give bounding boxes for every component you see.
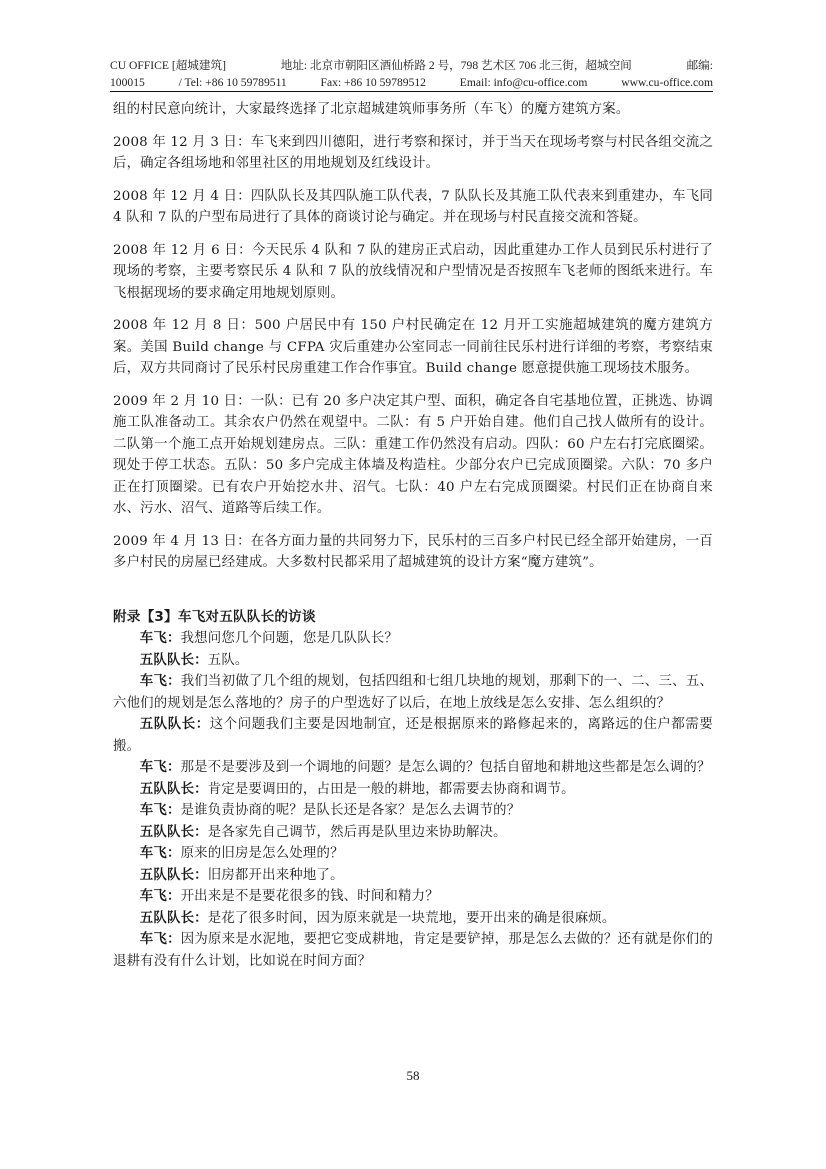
speaker: 五队队长： [140, 868, 208, 883]
dialogue-line: 车飞：是谁负责协商的呢？是队长还是各家？是怎么去调节的？ [113, 800, 713, 822]
dialogue-line: 车飞：原来的旧房是怎么处理的？ [113, 843, 713, 865]
dialogue-line: 车飞：我们当初做了几个组的规划，包括四组和七组几块地的规划，那剩下的一、二、三、… [113, 671, 713, 714]
dialogue-line: 车飞：那是不是要涉及到一个调地的问题？是怎么调的？包括自留地和耕地这些都是怎么调… [113, 757, 713, 779]
speaker: 五队队长： [140, 717, 210, 732]
appendix-heading: 附录【3】车飞对五队队长的访谈 [113, 607, 713, 629]
speaker: 五队队长： [140, 782, 208, 797]
paragraph: 2008 年 12 月 3 日：车飞来到四川德阳，进行考察和探讨，并于当天在现场… [113, 132, 713, 175]
letterhead: CU OFFICE [超城建筑] 地址: 北京市朝阳区酒仙桥路 2 号，798 … [110, 57, 713, 91]
paragraph: 2008 年 12 月 6 日：今天民乐 4 队和 7 队的建房正式启动，因此重… [113, 240, 713, 305]
letterhead-line-2: 100015 / Tel: +86 10 59789511 Fax: +86 1… [110, 74, 713, 91]
paragraph: 2009 年 4 月 13 日：在各方面力量的共同努力下，民乐村的三百多户村民已… [113, 531, 713, 574]
dialogue-line: 五队队长：是花了很多时间，因为原来就是一块荒地，要开出来的确是很麻烦。 [113, 908, 713, 930]
postcode-label: 邮编: [687, 57, 713, 74]
utterance: 因为原来是水泥地，要把它变成耕地，肯定是要铲掉，那是怎么去做的？还有就是你们的退… [113, 932, 713, 969]
speaker: 五队队长： [140, 911, 208, 926]
paragraph: 2008 年 12 月 8 日：500 户居民中有 150 户村民确定在 12 … [113, 315, 713, 380]
utterance: 开出来是不是要花很多的钱、时间和精力？ [181, 889, 439, 904]
speaker: 车飞： [140, 674, 181, 689]
dialogue-line: 五队队长：旧房都开出来种地了。 [113, 865, 713, 887]
utterance: 原来的旧房是怎么处理的？ [181, 846, 344, 861]
document-page: CU OFFICE [超城建筑] 地址: 北京市朝阳区酒仙桥路 2 号，798 … [0, 0, 826, 1169]
email: Email: info@cu-office.com [460, 74, 588, 91]
speaker: 车飞： [140, 932, 181, 947]
paragraph: 组的村民意向统计，大家最终选择了北京超城建筑师事务所（车飞）的魔方建筑方案。 [113, 99, 713, 121]
speaker: 五队队长： [140, 653, 208, 668]
address: 地址: 北京市朝阳区酒仙桥路 2 号，798 艺术区 706 北三街，超城空间 [281, 57, 632, 74]
utterance: 五队。 [208, 653, 249, 668]
dialogue-line: 五队队长：五队。 [113, 650, 713, 672]
dialogue-line: 车飞：因为原来是水泥地，要把它变成耕地，肯定是要铲掉，那是怎么去做的？还有就是你… [113, 929, 713, 972]
speaker: 车飞： [140, 760, 181, 775]
utterance: 是各家先自己调节，然后再是队里边来协助解决。 [208, 825, 507, 840]
interview-dialogue: 车飞：我想问您几个问题，您是几队队长？ 五队队长：五队。 车飞：我们当初做了几个… [113, 628, 713, 972]
telephone: / Tel: +86 10 59789511 [179, 74, 287, 91]
dialogue-line: 车飞：开出来是不是要花很多的钱、时间和精力？ [113, 886, 713, 908]
dialogue-line: 车飞：我想问您几个问题，您是几队队长？ [113, 628, 713, 650]
header-divider [110, 91, 713, 92]
utterance: 肯定是要调田的，占田是一般的耕地，都需要去协商和调节。 [208, 782, 575, 797]
page-number: 58 [0, 1068, 826, 1084]
postcode: 100015 [110, 74, 145, 91]
utterance: 是花了很多时间，因为原来就是一块荒地，要开出来的确是很麻烦。 [208, 911, 616, 926]
speaker: 车飞： [140, 803, 181, 818]
paragraph: 2008 年 12 月 4 日：四队队长及其四队施工队代表，7 队队长及其施工队… [113, 186, 713, 229]
utterance: 是谁负责协商的呢？是队长还是各家？是怎么去调节的？ [181, 803, 521, 818]
document-body: 组的村民意向统计，大家最终选择了北京超城建筑师事务所（车飞）的魔方建筑方案。 2… [113, 99, 713, 972]
utterance: 我想问您几个问题，您是几队队长？ [181, 631, 398, 646]
dialogue-line: 五队队长：肯定是要调田的，占田是一般的耕地，都需要去协商和调节。 [113, 779, 713, 801]
utterance: 那是不是要涉及到一个调地的问题？是怎么调的？包括自留地和耕地这些都是怎么调的？ [181, 760, 711, 775]
org-name: CU OFFICE [超城建筑] [110, 57, 226, 74]
dialogue-line: 五队队长：这个问题我们主要是因地制宜，还是根据原来的路修起来的，离路远的住户都需… [113, 714, 713, 757]
speaker: 五队队长： [140, 825, 208, 840]
speaker: 车飞： [140, 631, 181, 646]
speaker: 车飞： [140, 846, 181, 861]
speaker: 车飞： [140, 889, 181, 904]
paragraph: 2009 年 2 月 10 日：一队：已有 20 多户决定其户型、面积，确定各自… [113, 391, 713, 520]
website: www.cu-office.com [621, 74, 713, 91]
letterhead-line-1: CU OFFICE [超城建筑] 地址: 北京市朝阳区酒仙桥路 2 号，798 … [110, 57, 713, 74]
fax: Fax: +86 10 59789512 [321, 74, 426, 91]
dialogue-line: 五队队长：是各家先自己调节，然后再是队里边来协助解决。 [113, 822, 713, 844]
utterance: 旧房都开出来种地了。 [208, 868, 344, 883]
utterance: 我们当初做了几个组的规划，包括四组和七组几块地的规划，那剩下的一、二、三、五、六… [113, 674, 713, 711]
